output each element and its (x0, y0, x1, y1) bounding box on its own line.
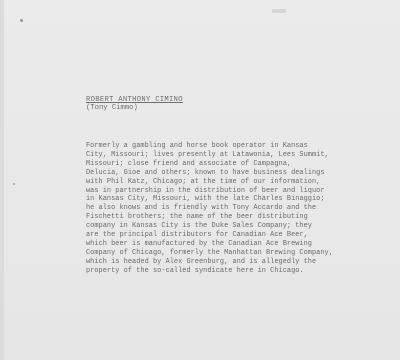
body-line: he also knows and is friendly with Tony … (86, 204, 356, 213)
document-content: ROBERT ANTHONY CIMINO (Tony Cimmo) Forme… (86, 96, 356, 276)
body-line: are the principal distributors for Canad… (86, 231, 356, 240)
body-line: Company of Chicago, formerly the Manhatt… (86, 249, 356, 258)
scan-speck (13, 183, 15, 185)
body-line: company in Kansas City is the Duke Sales… (86, 222, 356, 231)
scan-mark (272, 9, 286, 13)
body-line: City, Missouri; lives presently at Lataw… (86, 151, 356, 160)
scanned-document-page: ROBERT ANTHONY CIMINO (Tony Cimmo) Forme… (0, 0, 400, 360)
subject-alias: (Tony Cimmo) (86, 104, 356, 112)
body-line: Delucia, Gioe and others; known to have … (86, 169, 356, 178)
body-line: in Kansas City, Missouri, with the late … (86, 195, 356, 204)
scan-speck (20, 19, 23, 22)
body-line: Missouri; close friend and associate of … (86, 160, 356, 169)
body-line: Formerly a gambling and horse book opera… (86, 142, 356, 151)
body-line: was in partnership in the distribution o… (86, 187, 356, 196)
body-line: which beer is manufactured by the Canadi… (86, 240, 356, 249)
body-line: property of the so-called syndicate here… (86, 267, 356, 276)
document-body-paragraph: Formerly a gambling and horse book opera… (86, 142, 356, 276)
body-line: with Phil Katz, Chicago; at the time of … (86, 178, 356, 187)
page-edge-shadow (0, 0, 4, 360)
body-line: Fischetti brothers; the name of the beer… (86, 213, 356, 222)
body-line: which is headed by Alex Greenburg, and i… (86, 258, 356, 267)
subject-name-heading: ROBERT ANTHONY CIMINO (86, 96, 356, 104)
